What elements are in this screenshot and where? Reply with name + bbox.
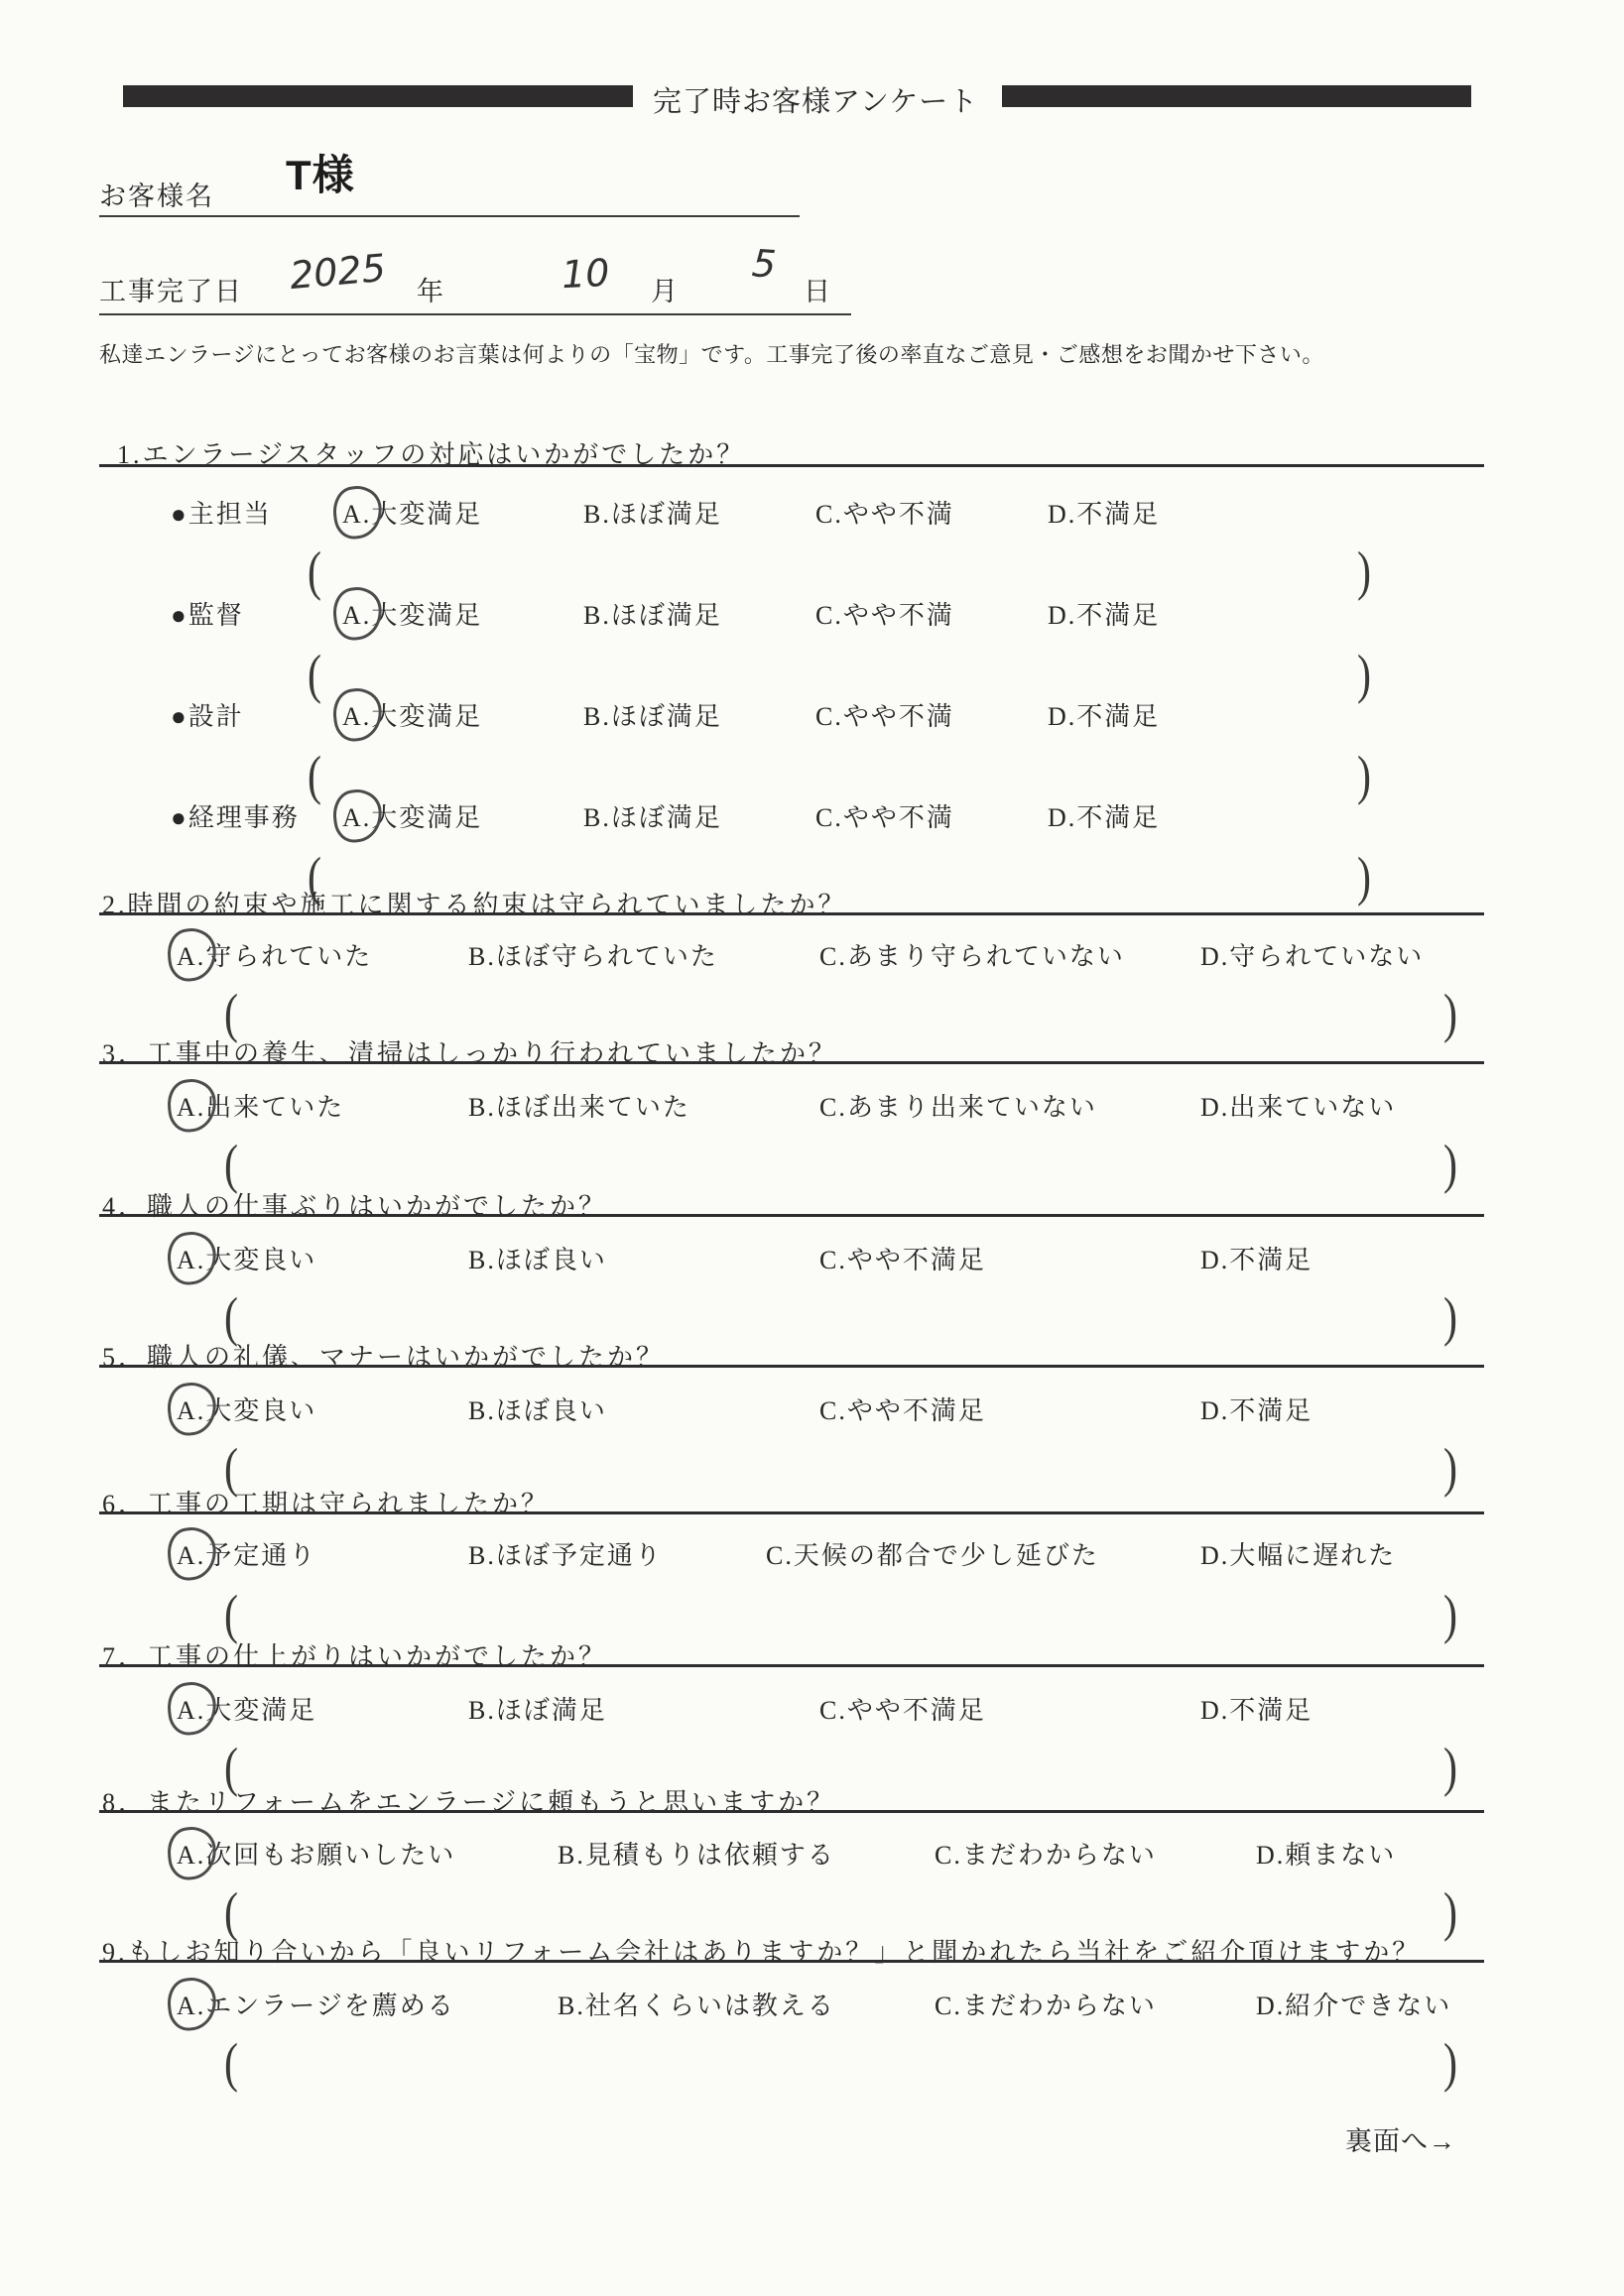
q5-option-c: C.やや不満足 (819, 1390, 986, 1427)
q3-option-d: D.出来ていない (1200, 1087, 1396, 1124)
q3-comment-paren-close: ) (1443, 1135, 1457, 1196)
q7-heading: 7．工事の仕上がりはいかがでしたか？ (102, 1636, 607, 1673)
q8-comment-paren-close: ) (1443, 1882, 1457, 1944)
q6-option-c: C.天候の都合で少し延びた (766, 1535, 1099, 1572)
q5-option-b: B.ほぼ良い (468, 1390, 607, 1427)
completion-date-day-unit: 日 (804, 270, 830, 308)
footer-next-page: 裏面へ→ (1345, 2119, 1456, 2158)
q8-rule (99, 1810, 1484, 1813)
q6-heading: 6．工事の工期は守られましたか？ (102, 1484, 550, 1520)
q6-option-d: D.大幅に遅れた (1200, 1535, 1396, 1572)
q2-option-c: C.あまり守られていない (819, 936, 1125, 973)
scanned-survey-page: 完了時お客様アンケート お客様名 T様 工事完了日 2025 年 10 月 5 … (0, 0, 1624, 2296)
q9-option-b: B.社名くらいは教える (558, 1986, 835, 2022)
intro-text: 私達エンラージにとってお客様のお言葉は何よりの「宝物」です。工事完了後の率直なご… (99, 338, 1324, 369)
q2-option-a: A.守られていた (177, 936, 372, 973)
customer-name-value: T様 (286, 143, 355, 202)
q7-option-a: A.大変満足 (177, 1690, 316, 1727)
q7-option-d: D.不満足 (1200, 1690, 1312, 1727)
customer-name-underline (99, 215, 800, 217)
q3-option-b: B.ほぼ出来ていた (468, 1087, 690, 1124)
header-bar-left (123, 85, 633, 107)
completion-date-year-value: 2025 (288, 246, 387, 298)
q4-option-a: A.大変良い (177, 1240, 316, 1276)
q1-row1-label: ●主担当 (171, 494, 272, 531)
q5-heading: 5．職人の礼儀、マナーはいかがでしたか？ (102, 1337, 665, 1374)
q8-option-b: B.見積もりは依頼する (558, 1835, 835, 1872)
q1-row4-label: ●経理事務 (171, 797, 300, 834)
completion-date-day-value: 5 (750, 241, 777, 287)
q3-rule (99, 1061, 1484, 1064)
q1-row2-option-d: D.不満足 (1048, 595, 1160, 632)
header-bar-right (1002, 85, 1471, 107)
customer-name-label: お客様名 (99, 175, 214, 213)
q8-option-d: D.頼まない (1256, 1835, 1396, 1872)
q2-option-d: D.守られていない (1200, 936, 1424, 973)
q3-heading: 3．工事中の養生、清掃はしっかり行われていましたか？ (102, 1033, 837, 1070)
completion-date-year-unit: 年 (417, 270, 443, 308)
q6-rule (99, 1511, 1484, 1514)
q1-row3-label: ●設計 (171, 696, 244, 733)
q9-heading: 9.もしお知り合いから「良いリフォーム会社はありますか？」と聞かれたら当社をご紹… (102, 1932, 1421, 1969)
q1-row3-option-a: A.大変満足 (342, 696, 482, 733)
q6-comment-paren-close: ) (1443, 1585, 1457, 1646)
q2-option-b: B.ほぼ守られていた (468, 936, 718, 973)
q7-comment-paren-close: ) (1443, 1738, 1457, 1799)
q7-option-b: B.ほぼ満足 (468, 1690, 607, 1727)
q1-row4-comment-paren-close: ) (1357, 847, 1371, 908)
q4-option-d: D.不満足 (1200, 1240, 1312, 1276)
q5-option-d: D.不満足 (1200, 1390, 1312, 1427)
q5-option-a: A.大変良い (177, 1390, 316, 1427)
q8-option-a: A.次回もお願いしたい (177, 1835, 455, 1872)
q6-option-a: A.予定通り (177, 1535, 316, 1572)
q4-rule (99, 1214, 1484, 1217)
q3-option-c: C.あまり出来ていない (819, 1087, 1097, 1124)
q1-row3-option-b: B.ほぼ満足 (583, 696, 722, 733)
q2-comment-paren-close: ) (1443, 984, 1457, 1045)
q1-row3-option-d: D.不満足 (1048, 696, 1160, 733)
q1-row4-option-d: D.不満足 (1048, 797, 1160, 834)
completion-date-underline (99, 313, 851, 315)
q1-row2-option-b: B.ほぼ満足 (583, 595, 722, 632)
completion-date-month-value: 10 (561, 251, 611, 297)
page-title: 完了時お客様アンケート (653, 79, 978, 120)
q7-option-c: C.やや不満足 (819, 1690, 986, 1727)
q3-option-a: A.出来ていた (177, 1087, 344, 1124)
q4-option-c: C.やや不満足 (819, 1240, 986, 1276)
q4-comment-paren-close: ) (1443, 1287, 1457, 1349)
q9-rule (99, 1960, 1484, 1963)
q1-row4-option-c: C.やや不満 (815, 797, 954, 834)
completion-date-month-unit: 月 (651, 270, 678, 308)
q9-comment-paren-close: ) (1443, 2033, 1457, 2095)
q1-row2-option-c: C.やや不満 (815, 595, 954, 632)
q1-row4-option-b: B.ほぼ満足 (583, 797, 722, 834)
q4-option-b: B.ほぼ良い (468, 1240, 607, 1276)
q1-row4-option-a: A.大変満足 (342, 797, 482, 834)
q7-rule (99, 1664, 1484, 1667)
q1-row2-label: ●監督 (171, 595, 244, 632)
completion-date-label: 工事完了日 (99, 270, 243, 308)
q9-option-c: C.まだわからない (935, 1986, 1157, 2022)
q2-heading: 2.時間の約束や施工に関する約束は守られていましたか？ (102, 885, 847, 921)
q1-row1-option-b: B.ほぼ満足 (583, 494, 722, 531)
q4-heading: 4．職人の仕事ぶりはいかがでしたか？ (102, 1186, 607, 1223)
q6-option-b: B.ほぼ予定通り (468, 1535, 663, 1572)
q1-row1-option-c: C.やや不満 (815, 494, 954, 531)
q5-rule (99, 1365, 1484, 1368)
q1-row1-option-d: D.不満足 (1048, 494, 1160, 531)
q9-comment-paren-open: ( (224, 2033, 238, 2095)
q8-option-c: C.まだわからない (935, 1835, 1157, 1872)
q1-row2-option-a: A.大変満足 (342, 595, 482, 632)
q9-option-d: D.紹介できない (1256, 1986, 1451, 2022)
q5-comment-paren-close: ) (1443, 1438, 1457, 1500)
q8-heading: 8．またリフォームをエンラージに頼もうと思いますか？ (102, 1782, 835, 1819)
q2-rule (99, 912, 1484, 915)
q1-rule (99, 464, 1484, 467)
q9-option-a: A.エンラージを薦める (177, 1986, 455, 2022)
q1-row3-option-c: C.やや不満 (815, 696, 954, 733)
q1-row1-option-a: A.大変満足 (342, 494, 482, 531)
